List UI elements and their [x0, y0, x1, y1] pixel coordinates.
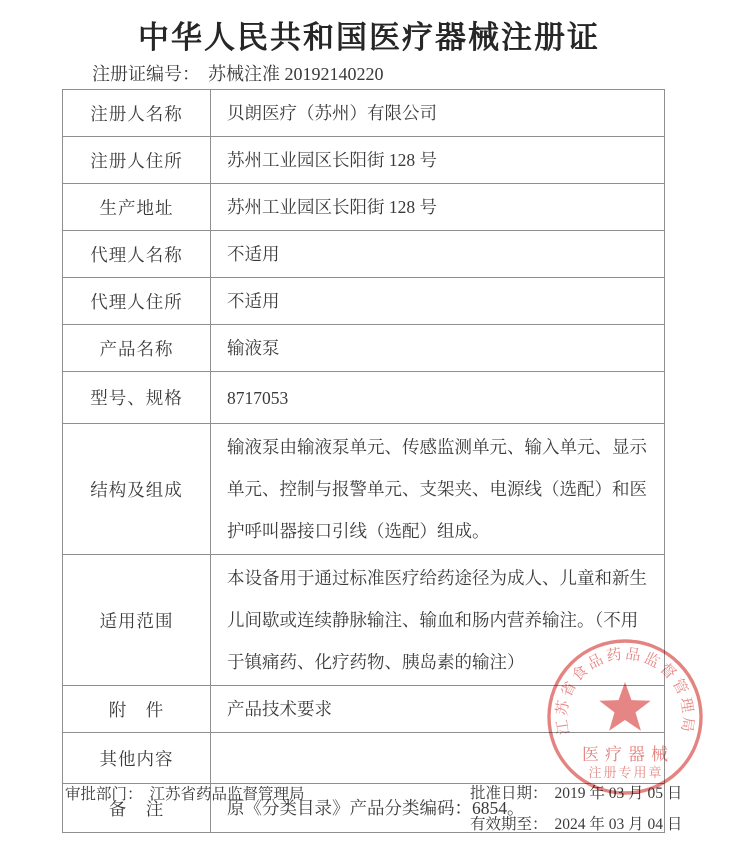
row-label-cell: 适用范围 [63, 555, 211, 686]
row-label-cell: 注册人名称 [63, 90, 211, 137]
row-value: 苏州工业园区长阳街 128 号 [227, 150, 437, 170]
row-label: 结构及组成 [90, 480, 183, 500]
certificate-table: 注册人名称 贝朗医疗（苏州）有限公司 注册人住所 苏州工业园区长阳街 128 号… [62, 89, 665, 833]
row-value-cell: 不适用 [211, 278, 665, 325]
row-value-cell: 不适用 [211, 231, 665, 278]
row-label-cell: 代理人名称 [63, 231, 211, 278]
approval-date-value: 2019 年 03 月 05 日 [555, 785, 683, 802]
table-row: 注册人住所 苏州工业园区长阳街 128 号 [63, 137, 665, 184]
table-row: 代理人名称 不适用 [63, 231, 665, 278]
certificate-page: 中华人民共和国医疗器械注册证 注册证编号：苏械注准 20192140220 注册… [0, 0, 738, 855]
row-label: 产品名称 [100, 339, 174, 359]
cert-number-label: 注册证编号： [92, 64, 200, 84]
approval-date-line: 批准日期：2019 年 03 月 05 日 [470, 781, 682, 803]
row-label: 其他内容 [100, 749, 174, 769]
cert-number-line: 注册证编号：苏械注准 20192140220 [92, 60, 384, 86]
valid-until-label: 有效期至： [470, 816, 548, 833]
row-label-cell: 附 件 [63, 686, 211, 733]
approval-department-value: 江苏省药品监督管理局 [150, 786, 305, 803]
row-value: 本设备用于通过标准医疗给药途径为成人、儿童和新生儿间歇或连续静脉输注、输血和肠内… [227, 568, 647, 672]
row-label-cell: 产品名称 [63, 325, 211, 372]
table-row: 结构及组成 输液泵由输液泵单元、传感监测单元、输入单元、显示单元、控制与报警单元… [63, 424, 665, 555]
row-value-cell: 输液泵由输液泵单元、传感监测单元、输入单元、显示单元、控制与报警单元、支架夹、电… [211, 424, 665, 555]
row-label: 适用范围 [100, 611, 174, 631]
table-row: 代理人住所 不适用 [63, 278, 665, 325]
table-row: 其他内容 [63, 733, 665, 784]
table-row: 生产地址 苏州工业园区长阳街 128 号 [63, 184, 665, 231]
valid-until-line: 有效期至：2024 年 03 月 04 日 [470, 812, 682, 834]
row-label-cell: 代理人住所 [63, 278, 211, 325]
row-value: 不适用 [227, 291, 280, 311]
row-value-cell: 苏州工业园区长阳街 128 号 [211, 137, 665, 184]
row-label-cell: 型号、规格 [63, 372, 211, 424]
row-value: 输液泵 [227, 338, 280, 358]
row-label: 代理人住所 [90, 292, 183, 312]
row-label-cell: 其他内容 [63, 733, 211, 784]
row-value-cell: 8717053 [211, 372, 665, 424]
row-label-cell: 结构及组成 [63, 424, 211, 555]
row-value: 贝朗医疗（苏州）有限公司 [227, 103, 437, 123]
row-label: 注册人住所 [90, 151, 183, 171]
row-value: 苏州工业园区长阳街 128 号 [227, 197, 437, 217]
row-label-cell: 生产地址 [63, 184, 211, 231]
row-label: 型号、规格 [90, 388, 183, 408]
row-value-cell: 输液泵 [211, 325, 665, 372]
row-label: 附 件 [109, 700, 165, 720]
row-value-cell: 贝朗医疗（苏州）有限公司 [211, 90, 665, 137]
approval-department-label: 审批部门： [65, 786, 143, 803]
row-value-cell [211, 733, 665, 784]
approval-department-line: 审批部门：江苏省药品监督管理局 [65, 782, 305, 804]
valid-until-value: 2024 年 03 月 04 日 [555, 816, 683, 833]
row-value-cell: 苏州工业园区长阳街 128 号 [211, 184, 665, 231]
row-value-cell: 产品技术要求 [211, 686, 665, 733]
row-value: 产品技术要求 [227, 699, 332, 719]
row-label: 生产地址 [100, 198, 174, 218]
table-row: 产品名称 输液泵 [63, 325, 665, 372]
cert-number-value: 苏械注准 20192140220 [208, 64, 384, 84]
approval-date-label: 批准日期： [470, 785, 548, 802]
row-label-cell: 注册人住所 [63, 137, 211, 184]
page-title: 中华人民共和国医疗器械注册证 [0, 12, 738, 57]
row-label: 代理人名称 [90, 245, 183, 265]
table-row: 型号、规格 8717053 [63, 372, 665, 424]
table-row: 适用范围 本设备用于通过标准医疗给药途径为成人、儿童和新生儿间歇或连续静脉输注、… [63, 555, 665, 686]
row-value-cell: 本设备用于通过标准医疗给药途径为成人、儿童和新生儿间歇或连续静脉输注、输血和肠内… [211, 555, 665, 686]
row-value: 8717053 [227, 388, 288, 408]
row-label: 注册人名称 [90, 104, 183, 124]
row-value: 不适用 [227, 244, 280, 264]
table-row: 附 件 产品技术要求 [63, 686, 665, 733]
row-value: 输液泵由输液泵单元、传感监测单元、输入单元、显示单元、控制与报警单元、支架夹、电… [227, 437, 647, 541]
table-row: 注册人名称 贝朗医疗（苏州）有限公司 [63, 90, 665, 137]
